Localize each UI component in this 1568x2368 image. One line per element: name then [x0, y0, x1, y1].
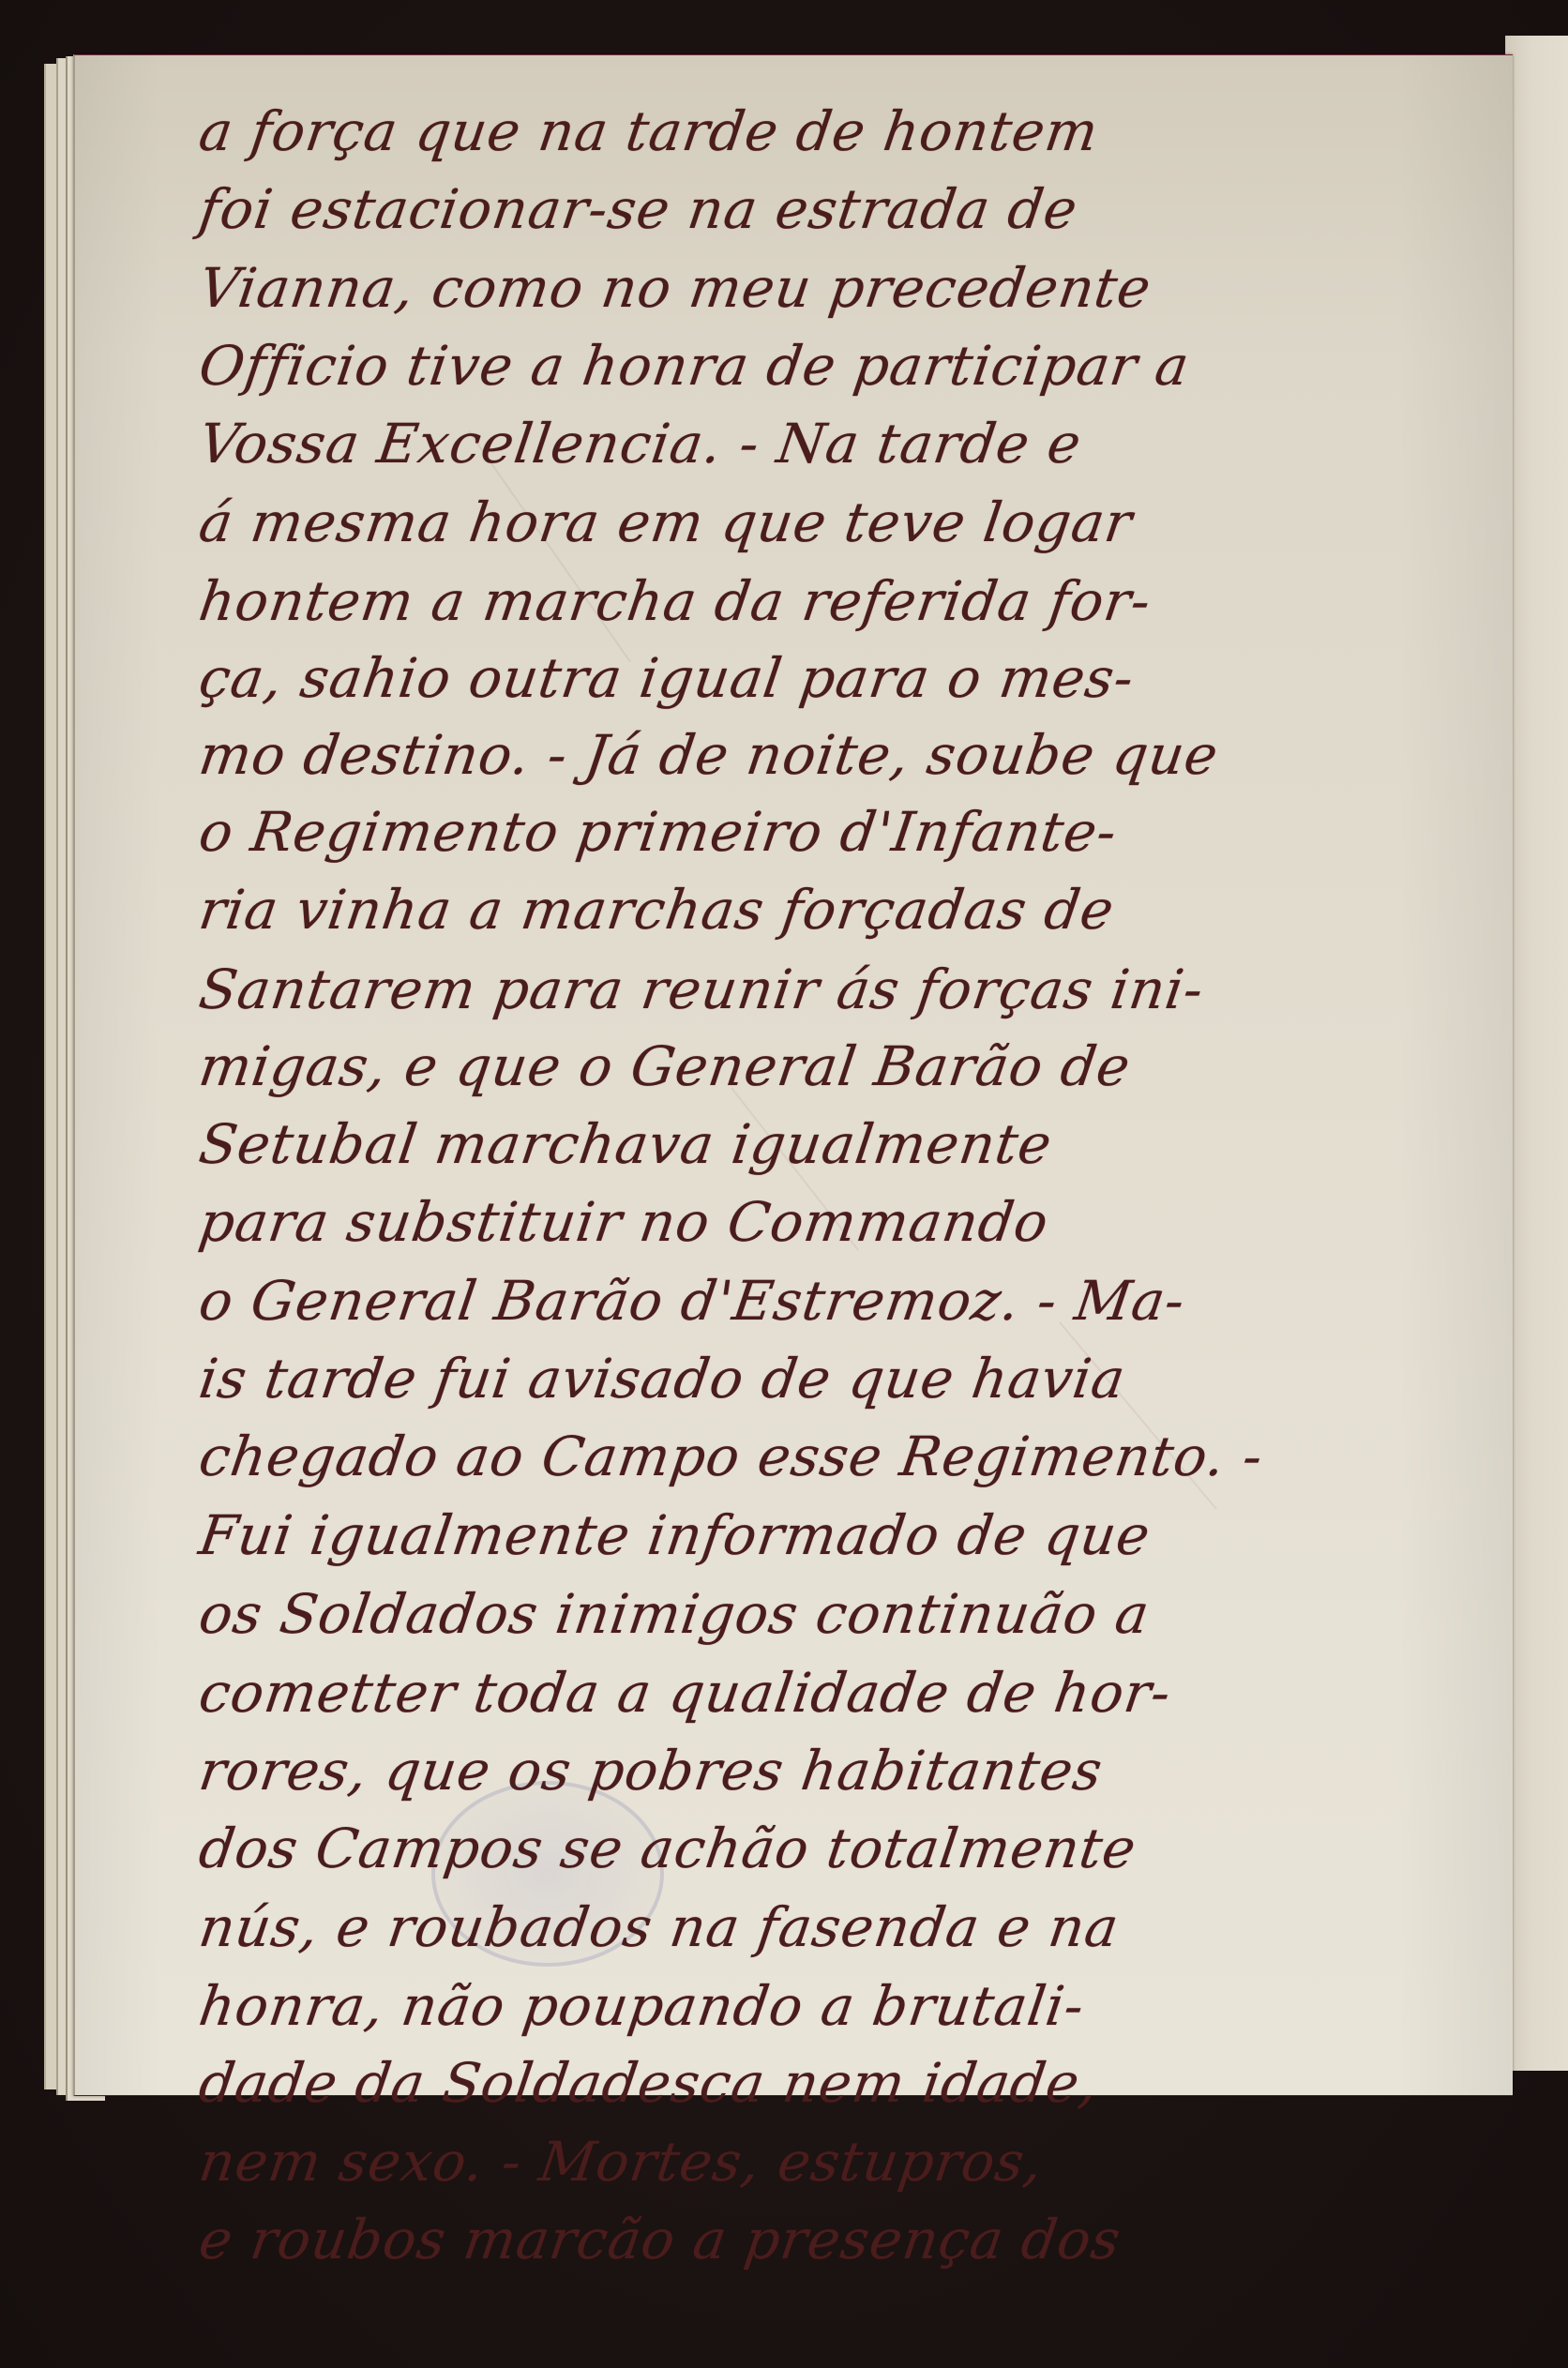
- text-line: cometter toda a qualidade de hor-: [194, 1651, 1332, 1735]
- text-line: chegado ao Campo esse Regimento. -: [194, 1414, 1332, 1499]
- text-line: is tarde fui avisado de que havia: [194, 1336, 1332, 1421]
- text-line: Santarem para reunir ás forças ini-: [194, 947, 1332, 1032]
- text-line: o General Barão d'Estremoz. - Ma-: [194, 1259, 1332, 1343]
- text-line: Vossa Excellencia. - Na tarde e: [194, 401, 1332, 486]
- text-line: migas, e que o General Barão de: [194, 1024, 1332, 1109]
- text-line: Fui igualmente informado de que: [194, 1493, 1332, 1577]
- handwritten-text: a força que na tarde de hontem foi estac…: [0, 0, 1568, 2368]
- text-line: á mesma hora em que teve logar: [194, 480, 1332, 565]
- text-line: para substituir no Commando: [194, 1180, 1332, 1264]
- text-line: o Regimento primeiro d'Infante-: [194, 790, 1332, 874]
- text-line: ça, sahio outra igual para o mes-: [194, 636, 1332, 720]
- text-line: honra, não poupando a brutali-: [194, 1964, 1332, 2048]
- text-line: Setubal marchava igualmente: [194, 1102, 1332, 1186]
- text-line: ria vinha a marchas forçadas de: [194, 867, 1332, 952]
- text-line: dos Campos se achão totalmente: [194, 1806, 1332, 1891]
- text-line: foi estacionar-se na estrada de: [194, 167, 1332, 251]
- text-line: nús, e roubados na fasenda e na: [194, 1885, 1332, 1969]
- text-line: Officio tive a honra de participar a: [194, 324, 1332, 408]
- text-line: mo destino. - Já de noite, soube que: [194, 713, 1332, 797]
- text-line: e roubos marcão a presença dos: [194, 2197, 1332, 2282]
- text-line: dade da Soldadesca nem idade,: [194, 2041, 1332, 2125]
- text-line: nem sexo. - Mortes, estupros,: [194, 2119, 1332, 2204]
- text-line: Vianna, como no meu precedente: [194, 246, 1332, 330]
- text-line: os Soldados inimigos continuão a: [194, 1572, 1332, 1656]
- text-line: hontem a marcha da referida for-: [194, 559, 1332, 643]
- text-line: a força que na tarde de hontem: [194, 89, 1332, 173]
- text-line: rores, que os pobres habitantes: [194, 1728, 1332, 1813]
